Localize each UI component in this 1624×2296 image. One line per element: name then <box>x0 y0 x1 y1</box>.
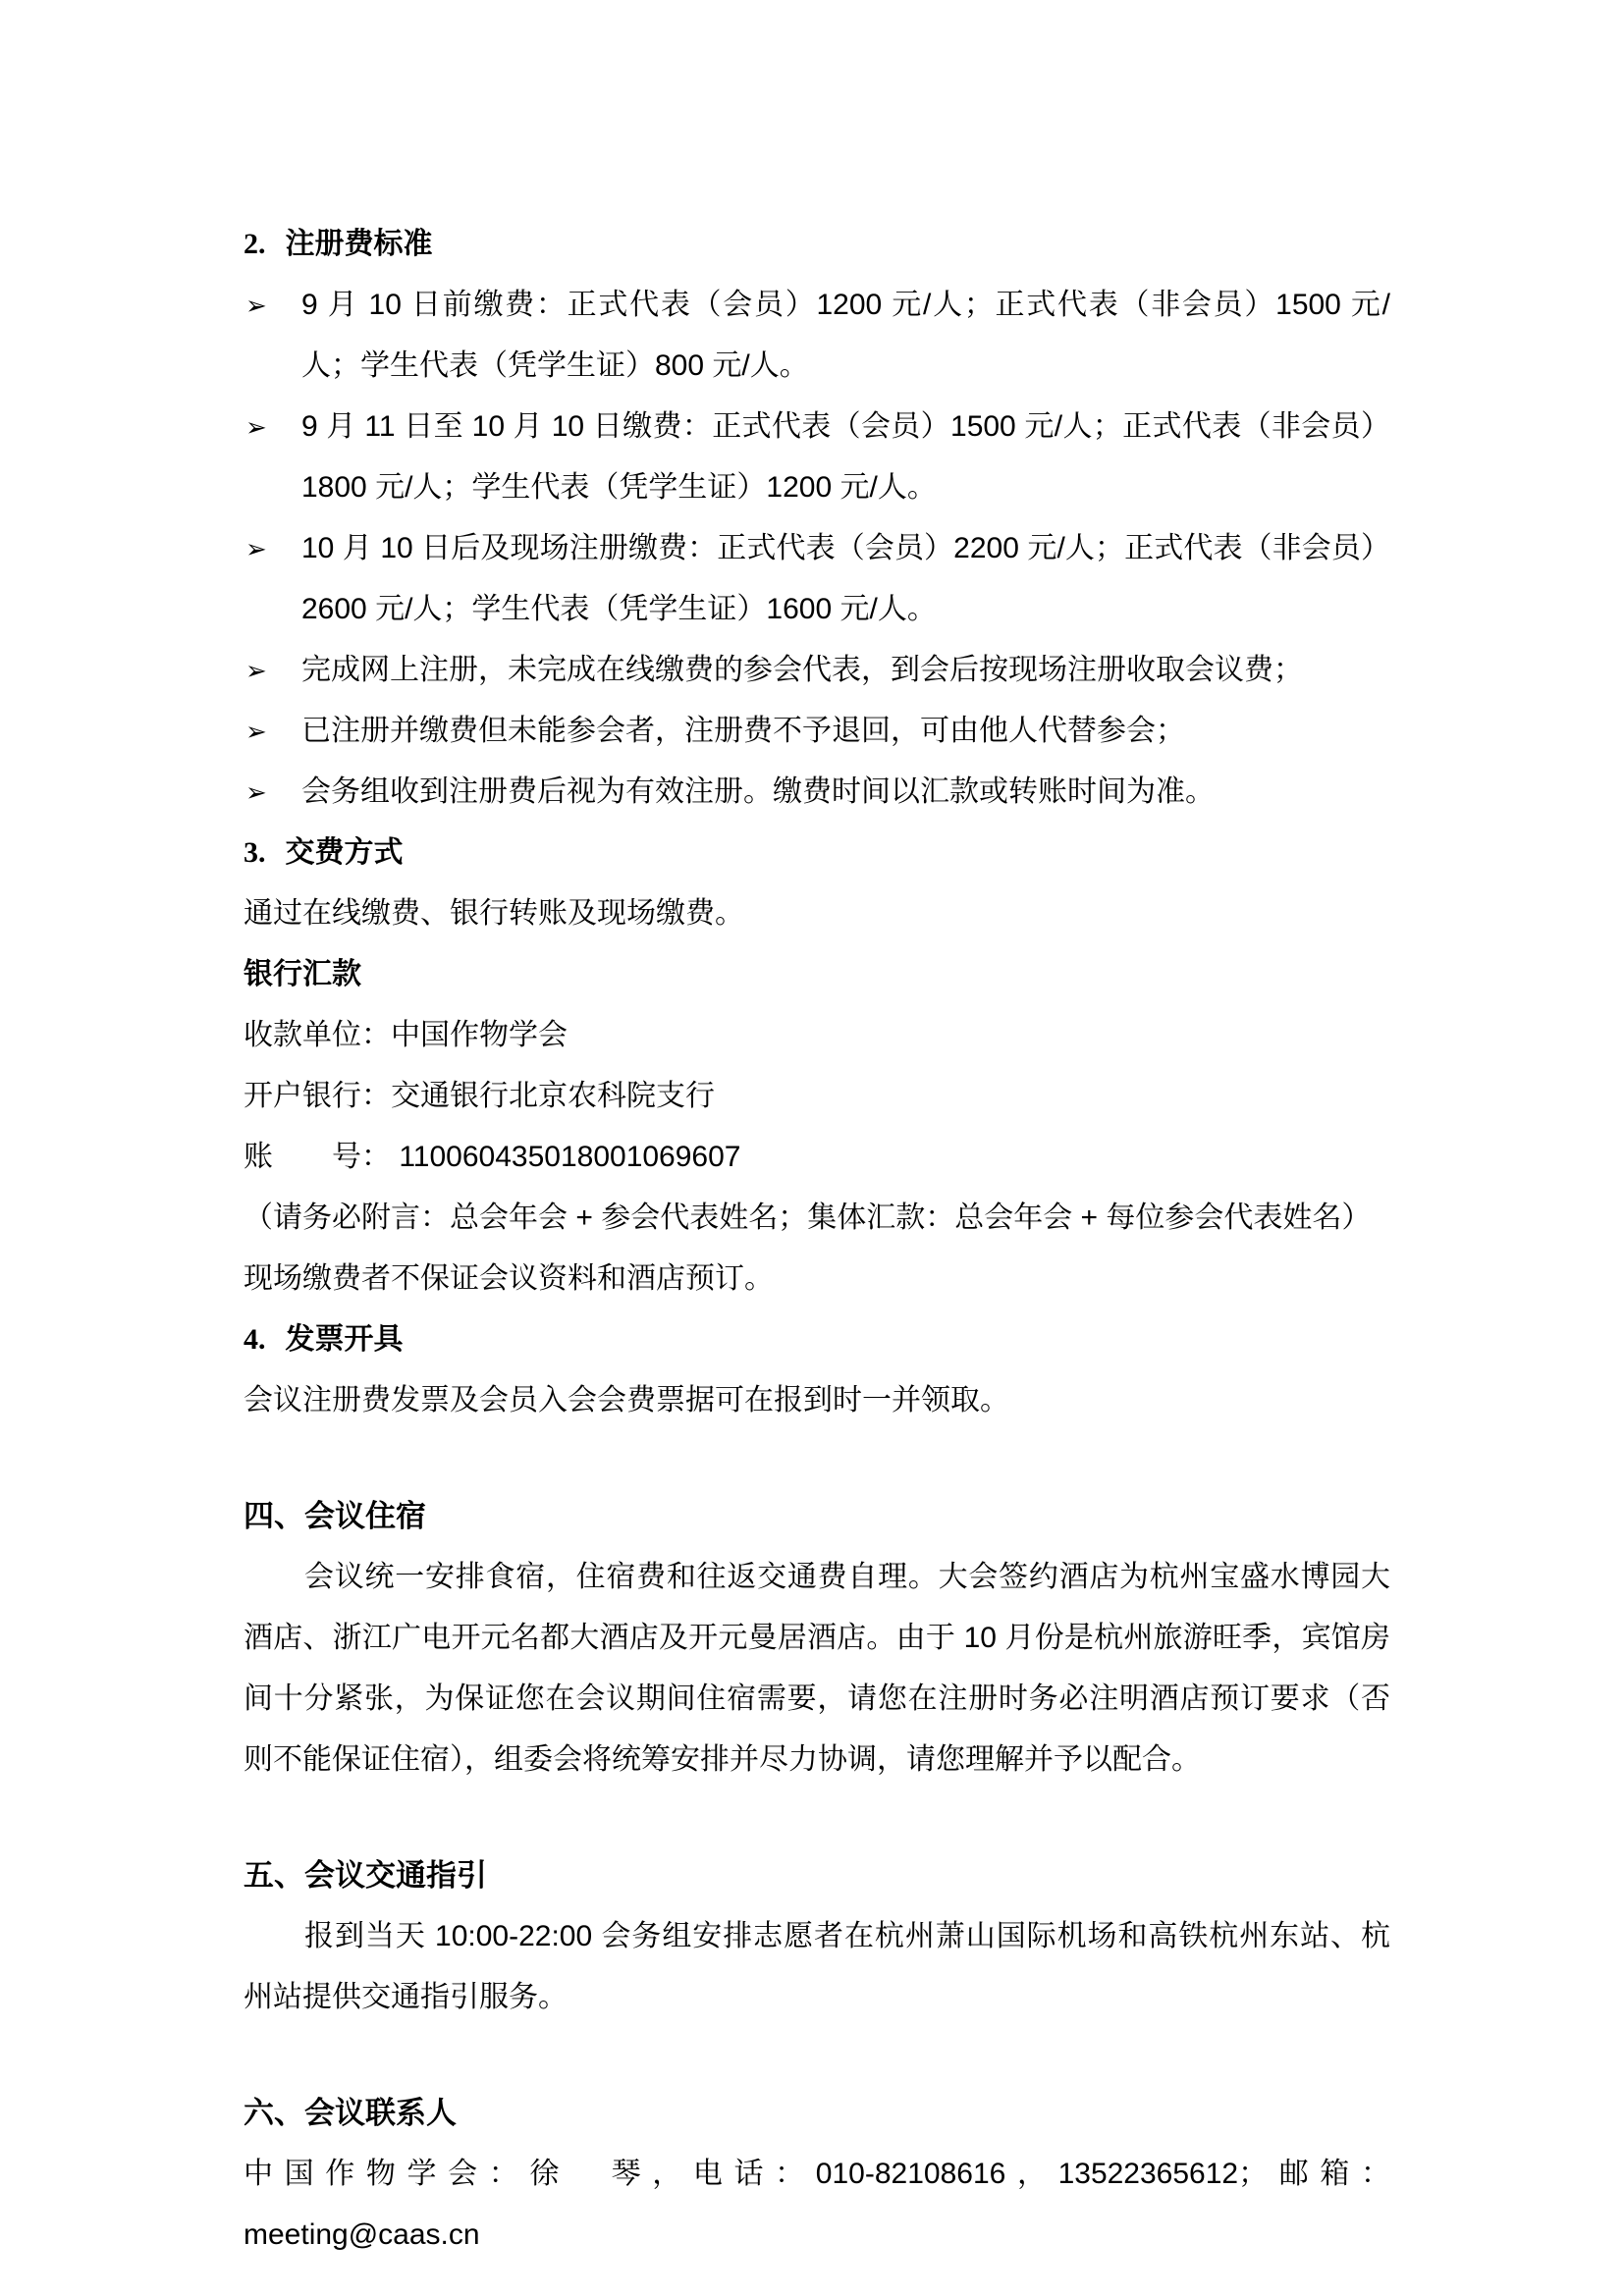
bank-transfer-heading: 银行汇款 <box>244 944 1390 1005</box>
arrow-bullet-icon: ➢ <box>245 701 267 762</box>
list-item: ➢ 会务组收到注册费后视为有效注册。缴费时间以汇款或转账时间为准。 <box>244 762 1390 823</box>
payment-intro: 通过在线缴费、银行转账及现场缴费。 <box>244 883 1390 944</box>
document-page: 2.注册费标准 ➢ 9 月 10 日前缴费：正式代表（会员）1200 元/人；正… <box>0 0 1624 2296</box>
list-item-text: 完成网上注册，未完成在线缴费的参会代表，到会后按现场注册收取会议费； <box>301 654 1303 686</box>
heading-title: 会议联系人 <box>304 2096 457 2130</box>
payee-line: 收款单位：中国作物学会 <box>244 1005 1390 1066</box>
heading-number: 六、 <box>244 2083 304 2144</box>
list-item: ➢ 完成网上注册，未完成在线缴费的参会代表，到会后按现场注册收取会议费； <box>244 640 1390 701</box>
section-contact: 六、会议联系人 中国作物学会：徐 琴，电话：010-82108616，13522… <box>244 2083 1390 2266</box>
heading-number: 2. <box>244 214 266 275</box>
section-payment-method: 3.交费方式 通过在线缴费、银行转账及现场缴费。 银行汇款 收款单位：中国作物学… <box>244 823 1390 1309</box>
payment-method-heading: 3.交费方式 <box>244 823 1390 883</box>
bank-line: 开户银行：交通银行北京农科院支行 <box>244 1066 1390 1127</box>
heading-number: 五、 <box>244 1845 304 1906</box>
invoice-body: 会议注册费发票及会员入会会费票据可在报到时一并领取。 <box>244 1370 1390 1431</box>
list-item-text: 已注册并缴费但未能参会者，注册费不予退回，可由他人代替参会； <box>301 715 1185 747</box>
contact-heading: 六、会议联系人 <box>244 2083 1390 2144</box>
list-item-text: 10 月 10 日后及现场注册缴费：正式代表（会员）2200 元/人；正式代表（… <box>301 532 1390 625</box>
heading-title: 会议住宿 <box>304 1499 426 1533</box>
list-item-text: 9 月 11 日至 10 月 10 日缴费：正式代表（会员）1500 元/人；正… <box>301 410 1390 504</box>
heading-number: 3. <box>244 823 266 883</box>
section-invoice: 4.发票开具 会议注册费发票及会员入会会费票据可在报到时一并领取。 <box>244 1309 1390 1431</box>
list-item: ➢ 已注册并缴费但未能参会者，注册费不予退回，可由他人代替参会； <box>244 701 1390 762</box>
list-item-text: 会务组收到注册费后视为有效注册。缴费时间以汇款或转账时间为准。 <box>301 775 1215 808</box>
registration-fee-heading: 2.注册费标准 <box>244 214 1390 275</box>
arrow-bullet-icon: ➢ <box>245 397 267 457</box>
accommodation-body: 会议统一安排食宿，住宿费和往返交通费自理。大会签约酒店为杭州宝盛水博园大酒店、浙… <box>244 1547 1390 1790</box>
arrow-bullet-icon: ➢ <box>245 762 267 823</box>
contact-body: 中国作物学会：徐 琴，电话：010-82108616，13522365612；邮… <box>244 2144 1390 2266</box>
heading-title: 交费方式 <box>286 836 404 869</box>
account-number-line: 账 号： 110060435018001069607 <box>244 1127 1390 1188</box>
list-item: ➢ 9 月 11 日至 10 月 10 日缴费：正式代表（会员）1500 元/人… <box>244 397 1390 518</box>
heading-number: 四、 <box>244 1486 304 1547</box>
transport-guide-body: 报到当天 10:00-22:00 会务组安排志愿者在杭州萧山国际机场和高铁杭州东… <box>244 1906 1390 2028</box>
invoice-heading: 4.发票开具 <box>244 1309 1390 1370</box>
transport-guide-heading: 五、会议交通指引 <box>244 1845 1390 1906</box>
arrow-bullet-icon: ➢ <box>245 518 267 579</box>
heading-title: 注册费标准 <box>286 228 433 260</box>
arrow-bullet-icon: ➢ <box>245 275 267 336</box>
section-registration-fee: 2.注册费标准 ➢ 9 月 10 日前缴费：正式代表（会员）1200 元/人；正… <box>244 214 1390 823</box>
registration-fee-list: ➢ 9 月 10 日前缴费：正式代表（会员）1200 元/人；正式代表（非会员）… <box>244 275 1390 823</box>
heading-title: 会议交通指引 <box>304 1858 487 1893</box>
heading-title: 发票开具 <box>286 1323 404 1356</box>
heading-number: 4. <box>244 1309 266 1370</box>
list-item: ➢ 10 月 10 日后及现场注册缴费：正式代表（会员）2200 元/人；正式代… <box>244 518 1390 640</box>
accommodation-heading: 四、会议住宿 <box>244 1486 1390 1547</box>
list-item: ➢ 9 月 10 日前缴费：正式代表（会员）1200 元/人；正式代表（非会员）… <box>244 275 1390 397</box>
onsite-payment-note: 现场缴费者不保证会议资料和酒店预订。 <box>244 1249 1390 1309</box>
section-accommodation: 四、会议住宿 会议统一安排食宿，住宿费和往返交通费自理。大会签约酒店为杭州宝盛水… <box>244 1486 1390 1790</box>
arrow-bullet-icon: ➢ <box>245 640 267 701</box>
list-item-text: 9 月 10 日前缴费：正式代表（会员）1200 元/人；正式代表（非会员）15… <box>301 289 1390 382</box>
section-transport-guide: 五、会议交通指引 报到当天 10:00-22:00 会务组安排志愿者在杭州萧山国… <box>244 1845 1390 2028</box>
remittance-remark: （请务必附言：总会年会 + 参会代表姓名；集体汇款：总会年会 + 每位参会代表姓… <box>244 1188 1390 1249</box>
